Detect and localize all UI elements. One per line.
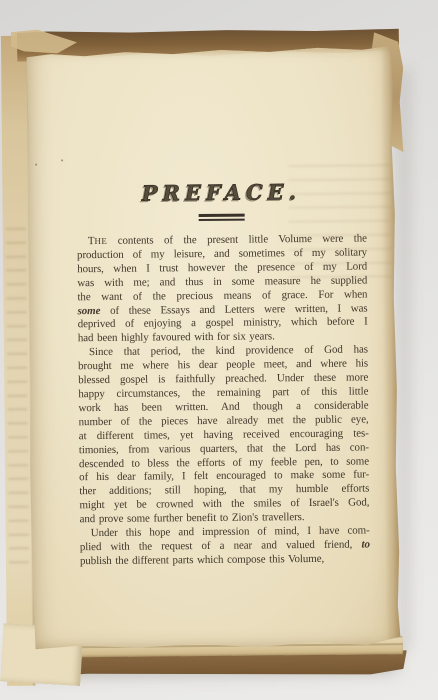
- show-through-text: [6, 228, 29, 566]
- page-content: PREFACE. THE contents of the present lit…: [76, 178, 370, 569]
- photo-backdrop: PREFACE. THE contents of the present lit…: [0, 0, 438, 700]
- book-page: PREFACE. THE contents of the present lit…: [25, 44, 401, 652]
- paper-speck: [61, 159, 63, 161]
- text-line: publish the different parts which compos…: [80, 552, 370, 569]
- page-text: THE contents of the present little Volum…: [77, 232, 370, 569]
- text-line: might yet be crowned with the smiles of …: [79, 497, 369, 514]
- title-rule: [199, 214, 245, 221]
- text-line: plied with the request of a near and val…: [80, 538, 370, 555]
- page-title: PREFACE.: [76, 178, 366, 207]
- book: PREFACE. THE contents of the present lit…: [0, 24, 411, 688]
- paper-speck: [35, 164, 37, 166]
- title-rule-thin-line: [199, 219, 245, 221]
- title-rule-thick-line: [199, 214, 245, 217]
